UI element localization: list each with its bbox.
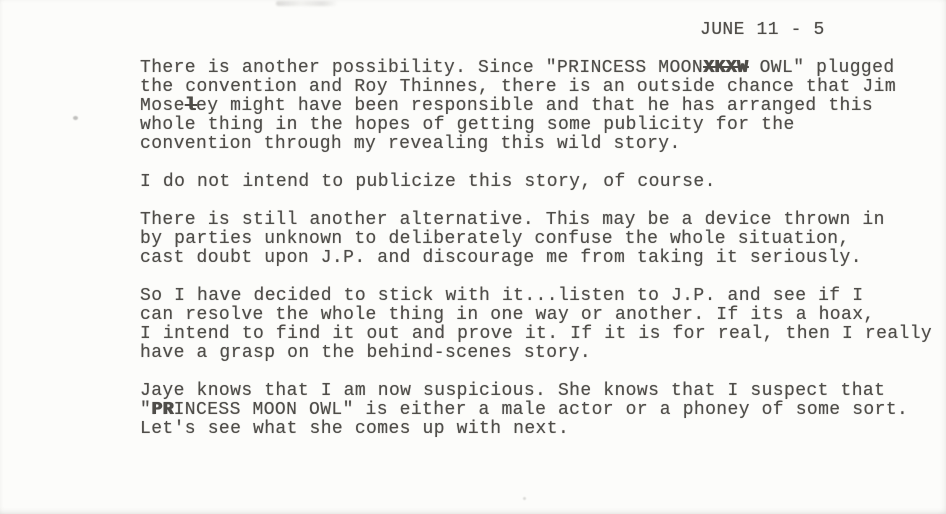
text-line: have a grasp on the behind-scenes story.	[140, 344, 946, 363]
text-line: So I have decided to stick with it...lis…	[140, 287, 946, 306]
text-segment: Jaye knows that I am now suspicious. She…	[140, 381, 885, 401]
text-segment: "	[140, 400, 151, 420]
text-segment: ey might have been responsible and that …	[196, 96, 873, 116]
text-segment: So I have decided to stick with it...lis…	[140, 286, 863, 306]
paragraph: So I have decided to stick with it...lis…	[140, 287, 946, 363]
text-line: the convention and Roy Thinnes, there is…	[140, 78, 946, 97]
scan-speck	[73, 116, 78, 120]
page-header-date: JUNE 11 - 5	[700, 21, 825, 40]
text-line: "PRINCESS MOON OWL" is either a male act…	[140, 401, 946, 420]
text-segment: have a grasp on the behind-scenes story.	[140, 343, 591, 363]
text-line: Jaye knows that I am now suspicious. She…	[140, 382, 946, 401]
text-line: There is another possibility. Since "PRI…	[140, 59, 946, 78]
text-segment: can resolve the whole thing in one way o…	[140, 305, 875, 325]
text-segment: OWL" plugged	[748, 58, 895, 78]
text-segment: by parties unknown to deliberately confu…	[140, 229, 850, 249]
scan-speck	[523, 497, 526, 500]
paragraph: I do not intend to publicize this story,…	[140, 173, 946, 192]
text-body: There is another possibility. Since "PRI…	[140, 59, 946, 458]
text-segment: There is still another alternative. This…	[140, 210, 885, 230]
text-segment: cast doubt upon J.P. and discourage me f…	[140, 248, 862, 268]
text-segment: There is another possibility. Since "PRI…	[140, 58, 703, 78]
text-line: Let's see what she comes up with next.	[140, 420, 946, 439]
text-line: by parties unknown to deliberately confu…	[140, 230, 946, 249]
paragraph: There is another possibility. Since "PRI…	[140, 59, 946, 154]
text-line: whole thing in the hopes of getting some…	[140, 116, 946, 135]
text-line: I intend to find it out and prove it. If…	[140, 325, 946, 344]
text-segment: Let's see what she comes up with next.	[140, 419, 569, 439]
text-line: can resolve the whole thing in one way o…	[140, 306, 946, 325]
text-segment: whole thing in the hopes of getting some…	[140, 115, 795, 135]
text-segment: convention through my revealing this wil…	[140, 134, 681, 154]
overstruck-text: XKXW	[703, 58, 748, 78]
text-segment: Mose	[140, 96, 185, 116]
text-segment: the convention and Roy Thinnes, there is…	[140, 77, 896, 97]
overstruck-text: l	[185, 96, 196, 116]
text-line: I do not intend to publicize this story,…	[140, 173, 946, 192]
text-line: There is still another alternative. This…	[140, 211, 946, 230]
text-segment: I intend to find it out and prove it. If…	[140, 324, 932, 344]
text-line: convention through my revealing this wil…	[140, 135, 946, 154]
document-page: JUNE 11 - 5 There is another possibility…	[0, 0, 946, 514]
text-line: cast doubt upon J.P. and discourage me f…	[140, 249, 946, 268]
text-line: Moseley might have been responsible and …	[140, 97, 946, 116]
text-segment: INCESS MOON OWL" is either a male actor …	[174, 400, 909, 420]
overstruck-text: PR	[151, 400, 173, 420]
paragraph: There is still another alternative. This…	[140, 211, 946, 268]
text-segment: I do not intend to publicize this story,…	[140, 172, 716, 192]
scan-smudge	[276, 1, 338, 6]
paragraph: Jaye knows that I am now suspicious. She…	[140, 382, 946, 439]
